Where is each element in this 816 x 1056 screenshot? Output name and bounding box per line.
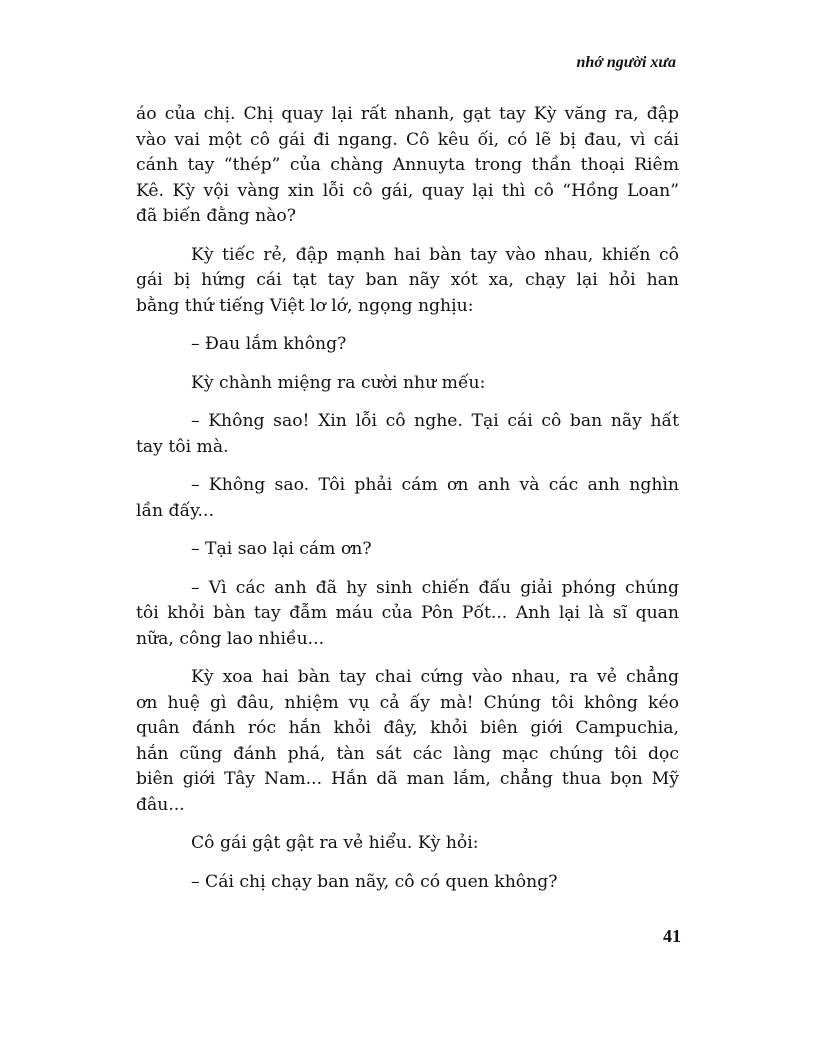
text-line: nữa, công lao nhiều... [136,627,679,653]
paragraph: Kỳ xoa hai bàn tay chai cứng vào nhau, r… [136,665,679,818]
dialogue-line: – Không sao. Tôi phải cám ơn anh và các … [136,473,679,524]
text-line: – Cái chị chạy ban nãy, cô có quen không… [136,870,679,896]
text-line: lần đấy... [136,499,679,525]
page-body: áo của chị. Chị quay lại rất nhanh, gạt … [136,102,679,895]
paragraph-continuation: áo của chị. Chị quay lại rất nhanh, gạt … [136,102,679,230]
text-line: áo của chị. Chị quay lại rất nhanh, gạt … [136,102,679,128]
text-line: Kê. Kỳ vội vàng xin lỗi cô gái, quay lại… [136,179,679,205]
dialogue-line: – Vì các anh đã hy sinh chiến đấu giải p… [136,576,679,653]
text-line: bằng thứ tiếng Việt lơ lớ, ngọng nghịu: [136,294,679,320]
text-line: – Tại sao lại cám ơn? [136,537,679,563]
text-line: quân đánh róc hắn khỏi đây, khỏi biên gi… [136,716,679,742]
text-line: tôi khỏi bàn tay đẫm máu của Pôn Pốt... … [136,601,679,627]
text-line: – Đau lắm không? [136,332,679,358]
paragraph: Kỳ tiếc rẻ, đập mạnh hai bàn tay vào nha… [136,243,679,320]
text-line: Kỳ chành miệng ra cười như mếu: [136,371,679,397]
text-line: Kỳ xoa hai bàn tay chai cứng vào nhau, r… [136,665,679,691]
dialogue-line: – Cái chị chạy ban nãy, cô có quen không… [136,870,679,896]
text-line: vào vai một cô gái đi ngang. Cô kêu ối, … [136,128,679,154]
text-line: cánh tay “thép” của chàng Annuyta trong … [136,153,679,179]
text-line: hắn cũng đánh phá, tàn sát các làng mạc … [136,742,679,768]
dialogue-line: – Đau lắm không? [136,332,679,358]
running-header: nhớ người xưa [577,54,676,72]
paragraph: Kỳ chành miệng ra cười như mếu: [136,371,679,397]
page-number: 41 [663,926,681,947]
text-line: – Không sao! Xin lỗi cô nghe. Tại cái cô… [136,409,679,435]
text-line: biên giới Tây Nam... Hắn dã man lắm, chẳ… [136,767,679,793]
text-line: Kỳ tiếc rẻ, đập mạnh hai bàn tay vào nha… [136,243,679,269]
dialogue-line: – Không sao! Xin lỗi cô nghe. Tại cái cô… [136,409,679,460]
text-line: Cô gái gật gật ra vẻ hiểu. Kỳ hỏi: [136,831,679,857]
paragraph: Cô gái gật gật ra vẻ hiểu. Kỳ hỏi: [136,831,679,857]
text-line: ơn huệ gì đâu, nhiệm vụ cả ấy mà! Chúng … [136,691,679,717]
text-line: đã biến đằng nào? [136,204,679,230]
dialogue-line: – Tại sao lại cám ơn? [136,537,679,563]
text-line: – Không sao. Tôi phải cám ơn anh và các … [136,473,679,499]
text-line: gái bị hứng cái tạt tay ban nãy xót xa, … [136,268,679,294]
text-line: tay tôi mà. [136,435,679,461]
text-line: đâu... [136,793,679,819]
text-line: – Vì các anh đã hy sinh chiến đấu giải p… [136,576,679,602]
